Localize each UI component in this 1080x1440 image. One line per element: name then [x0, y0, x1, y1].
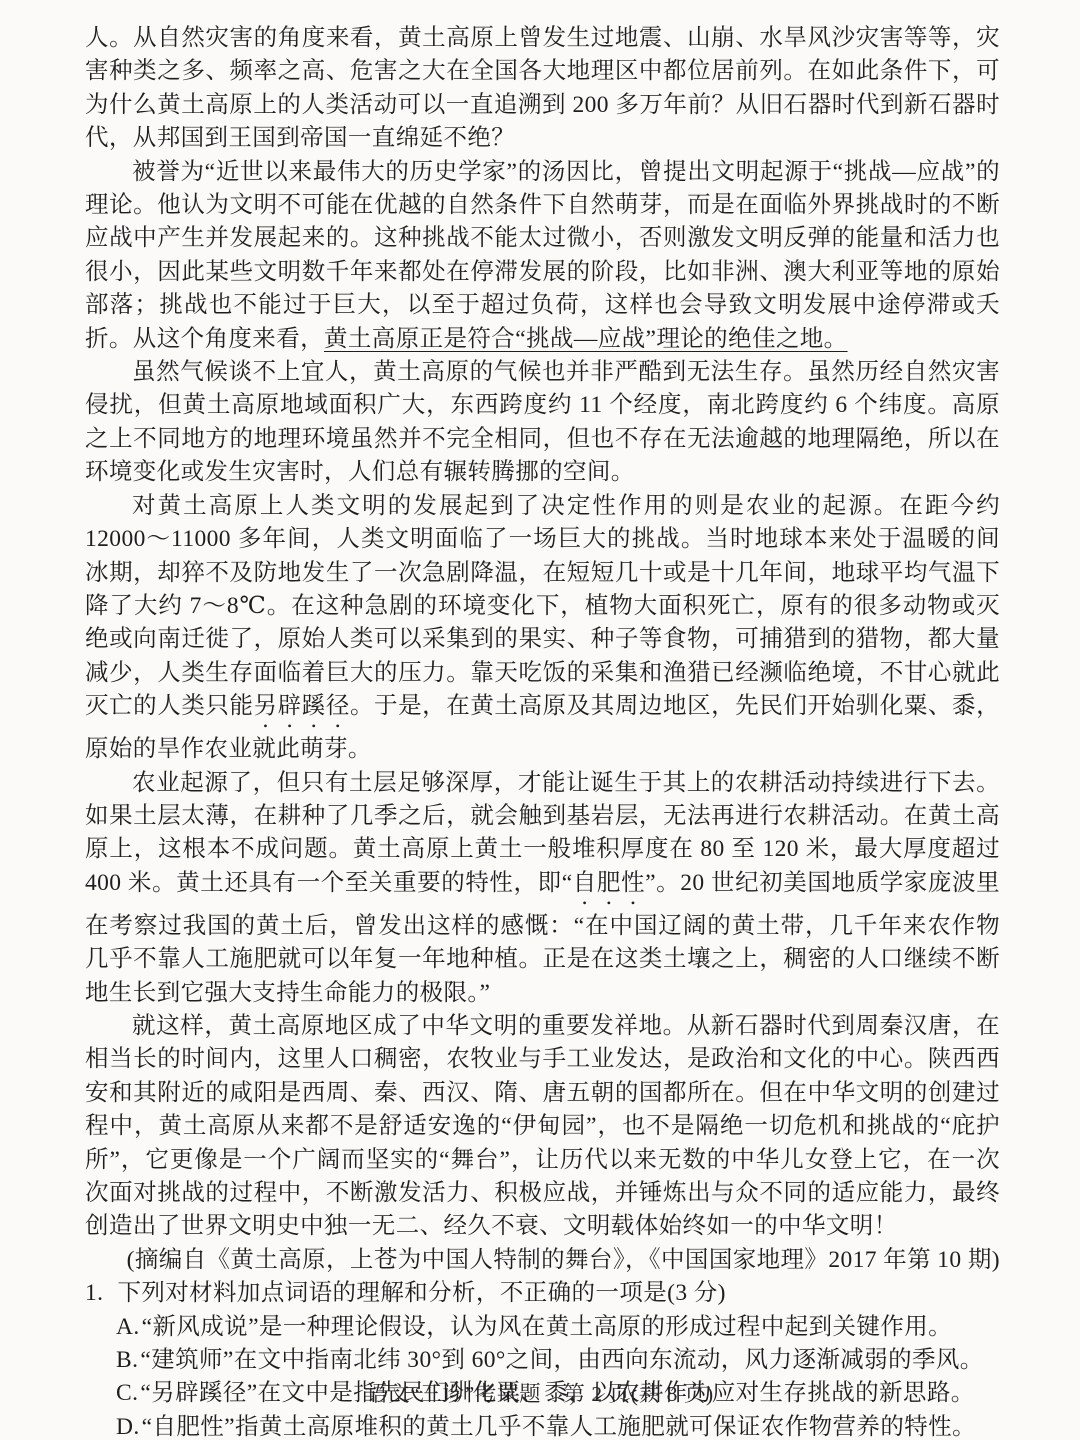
page-footer: 语文“三诊”考试题 第 2 页(共 8 页)	[0, 1377, 1080, 1408]
paragraph-text: 虽然气候谈不上宜人，黄土高原的气候也并非严酷到无法生存。虽然历经自然灾害侵扰，但…	[85, 359, 1000, 485]
paragraph-text: 对黄土高原上人类文明的发展起到了决定性作用的则是农业的起源。在距今约 12000…	[85, 493, 1000, 719]
passage-paragraph-3: 虽然气候谈不上宜人，黄土高原的气候也并非严酷到无法生存。虽然历经自然灾害侵扰，但…	[85, 356, 1000, 490]
emphasized-term-lingpixijing: 另辟蹊径	[254, 693, 350, 719]
question-1-stem: 1. 下列对材料加点词语的理解和分析，不正确的一项是(3 分)	[85, 1277, 1000, 1310]
passage-paragraph-2: 被誉为“近世以来最伟大的历史学家”的汤因比，曾提出文明起源于“挑战—应战”的理论…	[85, 156, 1000, 356]
option-b-label: B.	[116, 1347, 138, 1373]
option-a-text: “新风成说”是一种理论假设，认为风在黄土高原的形成过程中起到关键作用。	[142, 1314, 952, 1340]
option-d-label: D.	[116, 1414, 140, 1440]
underlined-thesis: 黄土高原正是符合“挑战—应战”理论的绝佳之地。	[324, 326, 848, 352]
emphasized-term-zifeixing: 自肥性	[573, 870, 646, 896]
exam-page: 人。从自然灾害的角度来看，黄土高原上曾发生过地震、山崩、水旱风沙灾害等等，灾害种…	[0, 0, 1080, 1440]
option-a-label: A.	[116, 1314, 140, 1340]
passage-paragraph-5: 农业起源了，但只有土层足够深厚，才能让诞生于其上的农耕活动持续进行下去。如果土层…	[85, 767, 1000, 1010]
option-b-text: “建筑师”在文中指南北纬 30°到 60°之间，由西向东流动，风力逐渐减弱的季风…	[140, 1347, 983, 1373]
question-1-options: A.“新风成说”是一种理论假设，认为风在黄土高原的形成过程中起到关键作用。 B.…	[85, 1311, 1000, 1440]
option-b: B.“建筑师”在文中指南北纬 30°到 60°之间，由西向东流动，风力逐渐减弱的…	[116, 1344, 1000, 1377]
passage-paragraph-1: 人。从自然灾害的角度来看，黄土高原上曾发生过地震、山崩、水旱风沙灾害等等，灾害种…	[85, 22, 1000, 156]
option-d-text: “自肥性”指黄土高原堆积的黄土几乎不靠人工施肥就可保证农作物营养的特性。	[142, 1414, 976, 1440]
paragraph-text: 被誉为“近世以来最伟大的历史学家”的汤因比，曾提出文明起源于“挑战—应战”的理论…	[85, 159, 1000, 352]
paragraph-text: 就这样，黄土高原地区成了中华文明的重要发祥地。从新石器时代到周秦汉唐，在相当长的…	[85, 1013, 1000, 1239]
question-1: 1. 下列对材料加点词语的理解和分析，不正确的一项是(3 分) A.“新风成说”…	[85, 1277, 1000, 1440]
reading-passage: 人。从自然灾害的角度来看，黄土高原上曾发生过地震、山崩、水旱风沙灾害等等，灾害种…	[85, 22, 1000, 1244]
source-attribution: (摘编自《黄土高原，上苍为中国人特制的舞台》，《中国国家地理》2017 年第 1…	[85, 1244, 1000, 1277]
passage-paragraph-4: 对黄土高原上人类文明的发展起到了决定性作用的则是农业的起源。在距今约 12000…	[85, 490, 1000, 767]
option-d: D.“自肥性”指黄土高原堆积的黄土几乎不靠人工施肥就可保证农作物营养的特性。	[116, 1411, 1000, 1440]
question-stem-text: 下列对材料加点词语的理解和分析，不正确的一项是(3 分)	[117, 1277, 725, 1310]
passage-paragraph-6: 就这样，黄土高原地区成了中华文明的重要发祥地。从新石器时代到周秦汉唐，在相当长的…	[85, 1010, 1000, 1244]
option-a: A.“新风成说”是一种理论假设，认为风在黄土高原的形成过程中起到关键作用。	[116, 1311, 1000, 1344]
question-number: 1.	[85, 1277, 103, 1310]
paragraph-text: 人。从自然灾害的角度来看，黄土高原上曾发生过地震、山崩、水旱风沙灾害等等，灾害种…	[85, 25, 1000, 151]
